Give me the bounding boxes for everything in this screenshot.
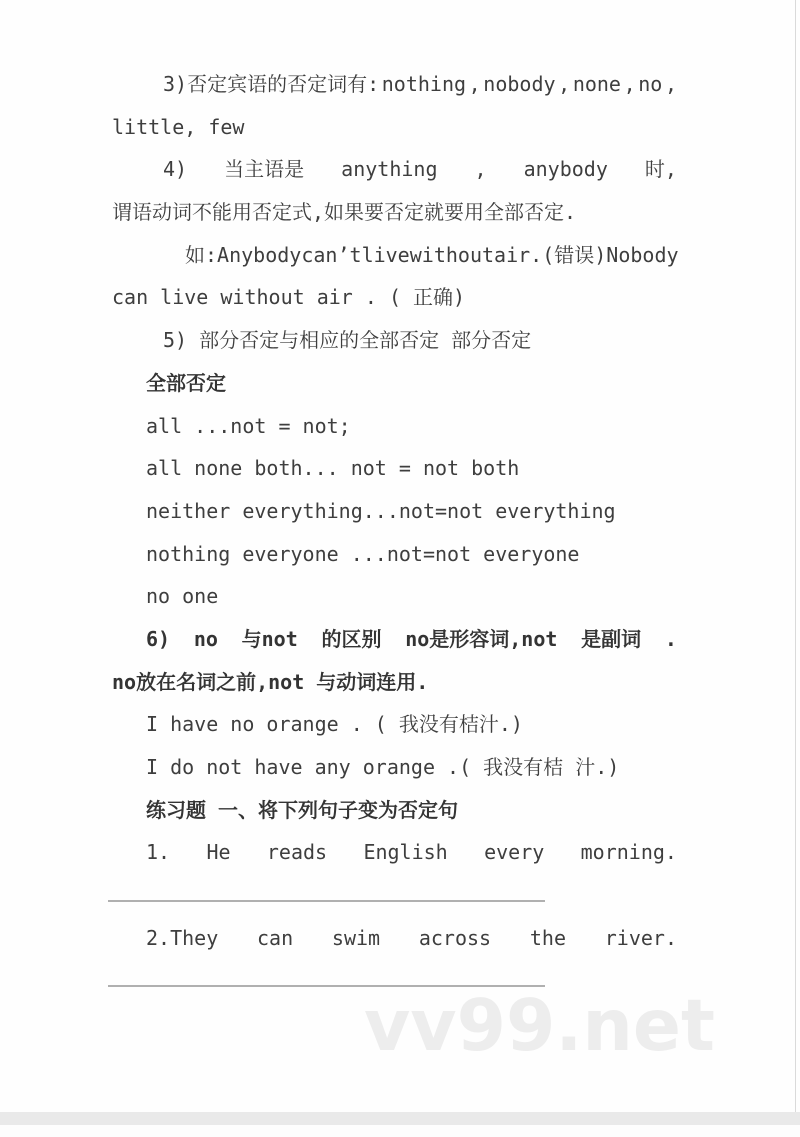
- word: morning.: [581, 831, 677, 874]
- word: air: [494, 234, 530, 277]
- word: no: [194, 618, 218, 661]
- word: river.: [605, 917, 677, 960]
- word: none: [573, 63, 621, 106]
- doc-line: 2.Theycanswimacrosstheriver.: [112, 917, 677, 960]
- word: can’t: [301, 234, 361, 277]
- word: can: [257, 917, 293, 960]
- document-body: 3)否定宾语的否定词有:nothing,nobody,none,no, litt…: [112, 63, 677, 1002]
- word: nothing: [382, 63, 466, 106]
- doc-line: I have no orange . ( 我没有桔汁.): [112, 703, 677, 746]
- word: nobody: [483, 63, 555, 106]
- word: 如:: [185, 234, 217, 277]
- word: .: [530, 234, 542, 277]
- doc-line: no one: [112, 575, 677, 618]
- doc-line: 3)否定宾语的否定词有:nothing,nobody,none,no,: [112, 63, 677, 106]
- word: 与not: [242, 618, 298, 661]
- page-gap-band: [0, 1112, 800, 1125]
- word: ,: [469, 63, 481, 106]
- word: 3)否定宾语的否定词有:: [163, 63, 379, 106]
- word: 1.: [146, 831, 170, 874]
- doc-heading: no放在名词之前,not 与动词连用.: [112, 661, 677, 704]
- word: 当主语是: [224, 148, 304, 191]
- doc-line: 5) 部分否定与相应的全部否定 部分否定: [112, 319, 677, 362]
- word: live: [362, 234, 410, 277]
- doc-heading: 6)no与not的区别no是形容词,not是副词.: [112, 618, 677, 661]
- word: anybody: [524, 148, 608, 191]
- word: 时,: [645, 148, 677, 191]
- doc-heading: 全部否定: [112, 362, 677, 405]
- doc-line: neither everything...not=not everything: [112, 490, 677, 533]
- word: ,: [558, 63, 570, 106]
- word: .: [665, 618, 677, 661]
- answer-blank-row: [112, 874, 677, 917]
- word: English: [363, 831, 447, 874]
- word: He: [206, 831, 230, 874]
- word: 6): [146, 618, 170, 661]
- word: the: [530, 917, 566, 960]
- word: 的区别: [321, 618, 381, 661]
- next-page-top: [0, 1125, 800, 1137]
- word: Nobody: [606, 234, 678, 277]
- word: (错误): [542, 234, 606, 277]
- word: every: [484, 831, 544, 874]
- word: ,: [665, 63, 677, 106]
- watermark: vv99.net: [364, 984, 715, 1067]
- word: across: [419, 917, 491, 960]
- doc-line: little, few: [112, 106, 677, 149]
- word: ,: [624, 63, 636, 106]
- answer-blank-line: [108, 900, 545, 902]
- word: 4): [163, 148, 187, 191]
- word: without: [410, 234, 494, 277]
- word: 2.They: [146, 917, 218, 960]
- doc-line: 4)当主语是anything,anybody时,: [112, 148, 677, 191]
- word: reads: [267, 831, 327, 874]
- doc-line: can live without air . ( 正确): [112, 276, 677, 319]
- word: swim: [332, 917, 380, 960]
- document-page: 3)否定宾语的否定词有:nothing,nobody,none,no, litt…: [0, 0, 800, 1137]
- doc-line: 如:Anybodycan’tlivewithoutair.(错误)Nobody: [112, 234, 677, 277]
- doc-line: all none both... not = not both: [112, 447, 677, 490]
- word: ,: [475, 148, 487, 191]
- word: Anybody: [217, 234, 301, 277]
- page-edge-line: [795, 0, 796, 1112]
- doc-line: nothing everyone ...not=not everyone: [112, 533, 677, 576]
- doc-line: all ...not = not;: [112, 405, 677, 448]
- word: no: [638, 63, 662, 106]
- word: 是副词: [581, 618, 641, 661]
- word: anything: [341, 148, 437, 191]
- doc-line: I do not have any orange .( 我没有桔 汁.): [112, 746, 677, 789]
- doc-line: 谓语动词不能用否定式,如果要否定就要用全部否定.: [112, 191, 677, 234]
- word: no是形容词,not: [405, 618, 557, 661]
- doc-heading: 练习题 一、将下列句子变为否定句: [112, 789, 677, 832]
- doc-line: 1.HereadsEnglisheverymorning.: [112, 831, 677, 874]
